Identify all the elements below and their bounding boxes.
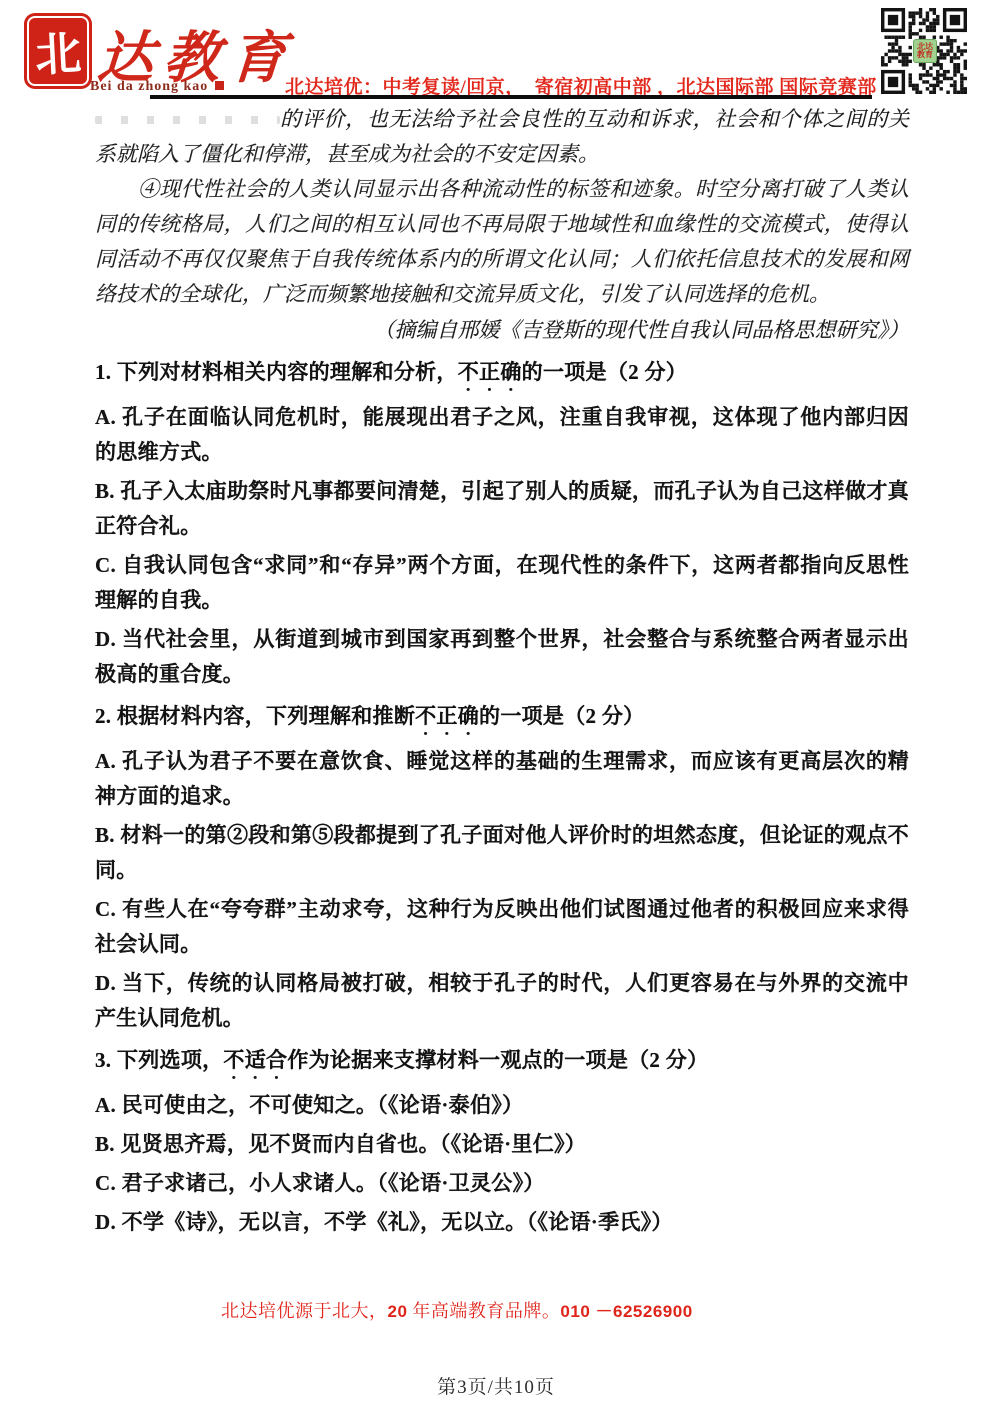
question-1-option-a: A. 孔子在面临认同危机时，能展现出君子之风，注重自我审视，这体现了他内部归因的… <box>95 400 909 470</box>
qr-center-label: 北达 教育 <box>913 39 937 63</box>
material-paragraph4: 络技术的全球化，广泛而频繁地接触和交流异质文化，引发了认同选择的危机。 <box>95 277 909 312</box>
material-paragraph4: 同活动不再仅仅聚焦于自我传统体系内的所谓文化认同；人们依托信息技术的发展和网 <box>95 242 909 277</box>
brand-subtitle: Bei da zhong kao <box>90 79 224 95</box>
question-3-option-a: A. 民可使由之，不可使知之。（《论语·泰伯》） <box>95 1088 909 1123</box>
question-2-stem: 2. 根据材料内容，下列理解和推断不正确的一项是（2 分） <box>95 699 909 740</box>
promo-years: 20 <box>388 1302 408 1321</box>
stem-text: 作为论据来支撑材料一观点的一项是（2 分） <box>287 1048 708 1072</box>
question-1-option-b: B. 孔子入太庙助祭时凡事都要问清楚，引起了别人的质疑，而孔子认为自己这样做才真… <box>95 474 909 544</box>
source-citation: （摘编自邢媛《吉登斯的现代性自我认同品格思想研究》） <box>95 313 909 348</box>
stem-emphasis: 不正确 <box>415 704 479 728</box>
material-text: 的评价，也无法给予社会良性的互动和诉求，社会和个体之间的关 <box>280 102 909 137</box>
stem-text: 根据材料内容，下列理解和推断 <box>117 704 415 728</box>
material-text: 系就陷入了僵化和停滞，甚至成为社会的不安定因素。 <box>95 137 909 172</box>
stem-text: 的一项是（2 分） <box>479 704 644 728</box>
question-3-stem: 3. 下列选项，不适合作为论据来支撑材料一观点的一项是（2 分） <box>95 1043 909 1084</box>
page: 北 达教育 Bei da zhong kao 北达培优：中考复读/回京， 寄宿初… <box>0 0 992 1403</box>
qr-code: 北达 教育 <box>881 8 967 94</box>
question-3-option-d: D. 不学《诗》，无以言，不学《礼》，无以立。（《论语·季氏》） <box>95 1205 909 1240</box>
header-rule <box>150 95 872 99</box>
stem-emphasis: 不正确 <box>458 360 522 384</box>
question-1-option-c: C. 自我认同包含“求同”和“存异”两个方面，在现代性的条件下，这两者都指向反思… <box>95 548 909 618</box>
question-2-option-d: D. 当下，传统的认同格局被打破，相较于孔子的时代，人们更容易在与外界的交流中产… <box>95 966 909 1036</box>
promo-phone: 010 －62526900 <box>560 1302 692 1321</box>
question-3-option-c: C. 君子求诸己，小人求诸人。（《论语·卫灵公》） <box>95 1166 909 1201</box>
scan-smudge-artifact <box>95 116 280 124</box>
qr-label-line2: 教育 <box>917 51 933 59</box>
stem-text: 下列选项， <box>117 1048 224 1072</box>
question-number: 1. <box>95 360 111 384</box>
material-paragraph4: ④现代性社会的人类认同显示出各种流动性的标签和迹象。时空分离打破了人类认 <box>95 172 909 207</box>
footer-promo: 北达培优源于北大，20 年高端教育品牌。010 －62526900 <box>221 1297 693 1323</box>
material-paragraph4: 同的传统格局，人们之间的相互认同也不再局限于地域性和血缘性的交流模式，使得认 <box>95 207 909 242</box>
question-2-option-b: B. 材料一的第②段和第⑤段都提到了孔子面对他人评价时的坦然态度，但论证的观点不… <box>95 818 909 888</box>
question-2-option-a: A. 孔子认为君子不要在意饮食、睡觉这样的基础的生理需求，而应该有更高层次的精神… <box>95 744 909 814</box>
brand-seal-icon: 北 <box>27 16 89 86</box>
brand-subtitle-text: Bei da zhong kao <box>90 79 208 94</box>
stem-text: 下列对材料相关内容的理解和分析， <box>117 360 458 384</box>
stem-emphasis: 不适合 <box>223 1048 287 1072</box>
question-1-stem: 1. 下列对材料相关内容的理解和分析，不正确的一项是（2 分） <box>95 355 909 396</box>
question-1-option-d: D. 当代社会里，从街道到城市到国家再到整个世界，社会整合与系统整合两者显示出极… <box>95 622 909 692</box>
question-number: 2. <box>95 704 111 728</box>
question-2-option-c: C. 有些人在“夸夸群”主动求夸，这种行为反映出他们试图通过他者的积极回应来求得… <box>95 892 909 962</box>
promo-text: 北达培优源于北大， <box>221 1301 388 1321</box>
red-square-icon <box>215 81 224 90</box>
page-indicator: 第3页/共10页 <box>0 1372 992 1399</box>
stem-text: 的一项是（2 分） <box>522 360 687 384</box>
question-3-option-b: B. 见贤思齐焉，见不贤而内自省也。（《论语·里仁》） <box>95 1127 909 1162</box>
exam-body: 的评价，也无法给予社会良性的互动和诉求，社会和个体之间的关 系就陷入了僵化和停滞… <box>95 102 909 1240</box>
seal-character: 北 <box>33 17 82 85</box>
promo-text: 年高端教育品牌。 <box>407 1301 560 1321</box>
question-number: 3. <box>95 1048 111 1072</box>
material-line-cutoff: 的评价，也无法给予社会良性的互动和诉求，社会和个体之间的关 <box>95 102 909 137</box>
